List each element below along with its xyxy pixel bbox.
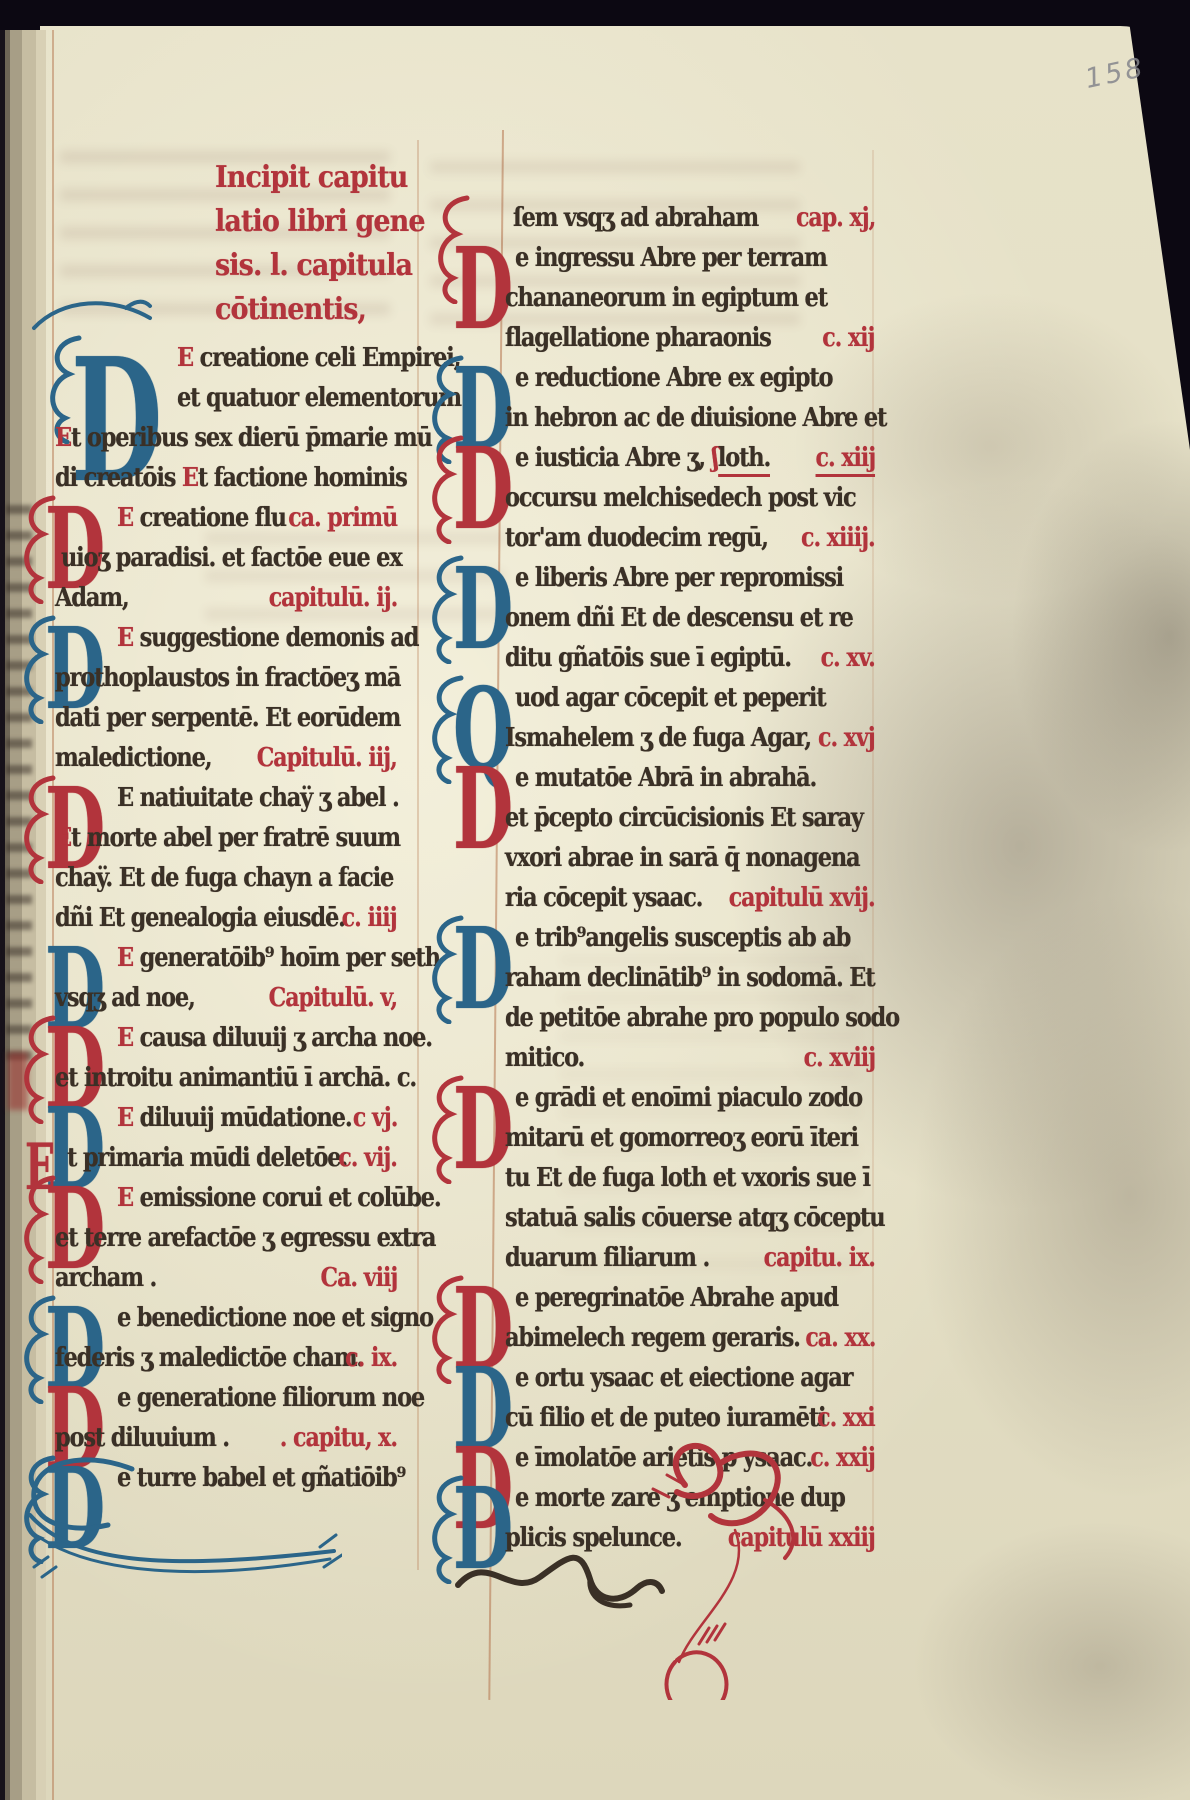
text-segment: E [117,1102,133,1133]
penwork-margin-curl [427,552,467,664]
chapter-reference: capitu. ix. [764,1238,875,1278]
text-line-right: Ismahelem ʒ de fuga Agar,c. xvj [505,718,877,758]
line-text: Ismahelem ʒ de fuga Agar, [505,718,811,758]
chapter-reference: Capitulū. iij, [257,738,397,778]
text-line-right: e grādi et enoīmi piaculo zodo [505,1078,877,1118]
text-segment: E [117,502,133,533]
text-line-right: e iusticia Abre ʒ, ʃloth.c. xiij [505,438,877,478]
text-segment: chananeorum in egiptum et [505,282,827,313]
text-segment: ʃ [712,442,718,473]
line-text: e ortu ysaac et eiectione agar [515,1358,852,1398]
chapter-reference: . capitu, x. [280,1418,397,1458]
text-segment: flagellatione pharaonis [505,322,771,353]
line-text: prothoplaustos in fractōeʒ mā [55,658,400,698]
rubric-heading-line: sis. l. capitula [215,244,412,288]
text-line-left: maledictione,Capitulū. iij, [55,738,423,778]
line-text: E creatione celi Empirei, [177,338,460,378]
text-segment: creatione celi Empirei, [193,342,460,373]
line-text: E emissione corui et colūbe. [117,1178,440,1218]
text-segment: tor'am duodecim regū, [505,522,768,553]
text-segment: e generatione filiorum noe [117,1382,424,1413]
text-segment: c. vij. [338,1143,397,1173]
text-segment: capitu. ix. [764,1243,875,1273]
line-text: et terre arefactōe ʒ egressu extra [55,1218,435,1258]
rubric-heading-line: cōtinentis, [215,288,366,332]
text-line-right: flagellatione pharaonisc. xij [505,318,877,358]
penwork-flourish-bottom-left [12,1455,342,1585]
text-segment: ca. xx. [805,1323,875,1353]
line-text: mitico. [505,1038,584,1078]
text-segment: ditu gñatōis sue ī egiptū. [505,642,791,673]
text-segment: . capitu, x. [280,1423,397,1453]
line-text: uioʒ paradisi. et factōe eue ex [61,538,402,578]
chapter-reference: c. xiij [815,438,875,478]
text-segment: tu Et de fuga loth et vxoris sue ī [505,1162,870,1193]
text-segment: e iusticia Abre ʒ, [515,442,712,473]
text-line-left: E creatione fluca. primū [55,498,423,538]
text-segment: ca. primū [288,503,397,533]
text-line-right: ſem vsqʒ ad abrahamcap. xj, [505,198,877,238]
text-segment: E [55,822,71,853]
line-text: e ingressu Abre per terram [515,238,827,278]
chapter-reference: c. xvj [818,718,875,758]
text-line-right: uod agar cōcepit et peperit [505,678,877,718]
text-segment: generatōib⁹ hoīm per seth [133,942,440,973]
text-segment: et terre arefactōe ʒ egressu extra [55,1222,435,1253]
line-text: et introitu animantiū ī archā. c. [55,1058,416,1098]
line-text: et p̄cepto circūcisionis Et saray [505,798,863,838]
text-segment: mitarū et gomorreoʒ eorū īteri [505,1122,858,1153]
text-segment: et quatuor elementorum [177,382,461,413]
text-line-left: E suggestione demonis ad [55,618,423,658]
text-segment: c vj. [352,1103,397,1133]
text-segment: dati per serpentē. Et eorūdem [55,702,400,733]
penwork-margin-curl [19,612,59,724]
line-text: flagellatione pharaonis [505,318,771,358]
text-segment: cap. xj, [796,203,875,233]
chapter-reference: c. xv. [821,638,875,678]
chapter-reference: cap. xj, [796,198,875,238]
penwork-flourish-opening-initial [26,292,156,338]
text-line-left: dñi Et genealogia eiusdē.c. iiij [55,898,423,938]
rubric-heading-line: latio libri gene [215,200,425,244]
text-segment: e mutatōe Abrā in abrahā. [515,762,816,793]
text-segment: Capitulū. iij, [257,743,397,773]
text-segment: e liberis Abre per repromissi [515,562,843,593]
text-segment: E [55,422,71,453]
text-segment: e grādi et enoīmi piaculo zodo [515,1082,862,1113]
text-segment: e reductione Abre ex egipto [515,362,832,393]
line-text: E creatione flu [117,498,286,538]
text-line-left: Adam,capitulū. ij. [55,578,423,618]
text-segment: Ismahelem ʒ de fuga Agar, [505,722,811,753]
text-line-left: di creatōis Et factione hominis [55,458,423,498]
text-segment: E [117,622,133,653]
text-line-right: raham declinātib⁹ in sodomā. Et [505,958,877,998]
text-line-left: prothoplaustos in fractōeʒ mā [55,658,423,698]
text-line-left: et quatuor elementorum [55,378,423,418]
chapter-reference: c. xviij [804,1038,875,1078]
text-line-right: chananeorum in egiptum et [505,278,877,318]
text-segment: c. xvj [818,723,875,753]
text-segment: t morte abel per fratrē suum [71,822,400,853]
text-line-left: E causa diluuij ʒ archa noe. [55,1018,423,1058]
line-text: raham declinātib⁹ in sodomā. Et [505,958,874,998]
text-segment: E [177,342,193,373]
text-line-left: e generatione filiorum noe [55,1378,423,1418]
text-line-right: e reductione Abre ex egipto [505,358,877,398]
text-segment: c. iiij [342,903,397,933]
text-segment: ria cōcepit ysaac. [505,882,702,913]
text-line-right: ditu gñatōis sue ī egiptū.c. xv. [505,638,877,678]
text-segment: e ortu ysaac et eiectione agar [515,1362,852,1393]
line-text: Et operibus sex dierū p̄marie mū [55,418,432,458]
text-line-left: dati per serpentē. Et eorūdem [55,698,423,738]
chapter-reference: ca. primū [288,498,397,538]
penwork-margin-curl [427,432,467,544]
line-text: e grādi et enoīmi piaculo zodo [515,1078,862,1118]
text-segment: emissione corui et colūbe. [133,1182,440,1213]
chapter-reference: c. xij [823,318,875,358]
penwork-margin-curl [427,912,467,1024]
line-text: tu Et de fuga loth et vxoris sue ī [505,1158,870,1198]
line-text: statuā salis cōuerse atqʒ cōceptu [505,1198,884,1238]
text-segment: uod agar cōcepit et peperit [515,682,825,713]
penwork-flourish-spelunce [452,1545,682,1615]
chapter-reference: Ca. viij [320,1258,397,1298]
text-segment: capitulū. ij. [268,583,397,613]
text-line-right: e ortu ysaac et eiectione agar [505,1358,877,1398]
text-line-right: ria cōcepit ysaac.capitulū xvij. [505,878,877,918]
text-segment: creatione flu [133,502,286,533]
text-segment: E [117,1182,133,1213]
text-segment: duarum filiarum . [505,1242,709,1273]
text-segment: t operibus sex dierū p̄marie mū [71,422,432,453]
chapter-reference: c. xxi [818,1398,875,1438]
text-segment: et p̄cepto circūcisionis Et saray [505,802,863,833]
text-segment: diluuij mūdatione. [133,1102,351,1133]
text-segment: t factione hominis [198,462,407,493]
text-line-right: e mutatōe Abrā in abrahā. [505,758,877,798]
line-text: in hebron ac de diuisione Abre et [505,398,886,438]
line-text: E natiuitate chaÿ ʒ abel . [117,778,399,818]
line-text: ditu gñatōis sue ī egiptū. [505,638,791,678]
chapter-reference: capitulū. ij. [268,578,397,618]
line-text: chaÿ. Et de fuga chayn a facie [55,858,393,898]
chapter-reference: c. vij. [338,1138,397,1178]
chapter-reference: c. xxij [811,1438,875,1478]
line-text: Et morte abel per fratrē suum [55,818,400,858]
chapter-reference: c. ix. [345,1338,397,1378]
text-segment: c. xviij [804,1043,875,1073]
line-text: abimelech regem geraris. [505,1318,800,1358]
text-segment: e ingressu Abre per terram [515,242,827,273]
text-line-left: post diluuium .. capitu, x. [55,1418,423,1458]
text-line-right: e liberis Abre per repromissi [505,558,877,598]
text-line-right: mitico.c. xviij [505,1038,877,1078]
text-segment: onem dñi Et de descensu et re [505,602,853,633]
text-segment: loth. [718,442,770,477]
text-segment: E natiuitate chaÿ ʒ abel . [117,782,399,813]
text-segment: c. xiij [815,443,875,477]
text-line-right: e trib⁹angelis susceptis ab ab [505,918,877,958]
text-line-left: vsqʒ ad noe,Capitulū. v, [55,978,423,1018]
text-segment: vxori abrae in sarā q̄ nonagena [505,842,859,873]
text-line-left: uioʒ paradisi. et factōe eue ex [55,538,423,578]
text-line-left: Et operibus sex dierū p̄marie mū [55,418,423,458]
line-text: e liberis Abre per repromissi [515,558,843,598]
text-segment: c. xv. [821,643,875,673]
penwork-margin-curl [19,772,59,884]
text-segment: E [117,942,133,973]
text-line-left: Et morte abel per fratrē suum [55,818,423,858]
rubric-heading-line: Incipit capitu [215,156,408,200]
line-text: di creatōis Et factione hominis [55,458,407,498]
text-segment: uioʒ paradisi. et factōe eue ex [61,542,402,573]
text-line-right: occursu melchisedech post vic [505,478,877,518]
penwork-margin-curl [19,1172,59,1284]
chapter-reference: c. xiiij. [801,518,875,558]
manuscript-photo: 158 Incipit capitulatio libri genesis. l… [0,0,1190,1800]
line-text: onem dñi Et de descensu et re [505,598,853,638]
text-line-right: de petitōe abrahe pro populo sodo [505,998,877,1038]
text-segment: c. xij [823,323,875,353]
line-text: E diluuij mūdatione. [117,1098,351,1138]
line-text: e trib⁹angelis susceptis ab ab [515,918,850,958]
line-text: E causa diluuij ʒ archa noe. [117,1018,432,1058]
line-text: duarum filiarum . [505,1238,709,1278]
text-line-left: E natiuitate chaÿ ʒ abel . [55,778,423,818]
penwork-margin-curl [19,492,59,604]
text-segment: mitico. [505,1042,584,1073]
text-segment: de petitōe abrahe pro populo sodo [505,1002,899,1033]
text-line-right: mitarū et gomorreoʒ eorū īteri [505,1118,877,1158]
text-line-left: federis ʒ maledictōe cham.c. ix. [55,1338,423,1378]
text-line-left: t primaria mūdi deletōe.c. vij. [55,1138,423,1178]
text-line-right: statuā salis cōuerse atqʒ cōceptu [505,1198,877,1238]
line-text: tor'am duodecim regū, [505,518,768,558]
text-line-right: in hebron ac de diuisione Abre et [505,398,877,438]
line-text: e iusticia Abre ʒ, ʃloth. [515,438,770,478]
chapter-reference: c vj. [352,1098,397,1138]
line-text: vxori abrae in sarā q̄ nonagena [505,838,859,878]
text-line-left: chaÿ. Et de fuga chayn a facie [55,858,423,898]
text-segment: statuā salis cōuerse atqʒ cōceptu [505,1202,884,1233]
text-segment: abimelech regem geraris. [505,1322,800,1353]
line-text: E suggestione demonis ad [117,618,418,658]
text-line-right: duarum filiarum .capitu. ix. [505,1238,877,1278]
text-segment: cū filio et de puteo iuramēti [505,1402,825,1433]
text-line-left: et terre arefactōe ʒ egressu extra [55,1218,423,1258]
text-segment: e peregrinatōe Abrahe apud [515,1282,838,1313]
text-segment: Ca. viij [320,1263,397,1293]
text-segment: c. xiiij. [801,523,875,553]
text-line-left: e benedictione noe et signo [55,1298,423,1338]
text-segment: occursu melchisedech post vic [505,482,856,513]
line-text: mitarū et gomorreoʒ eorū īteri [505,1118,858,1158]
text-line-right: tor'am duodecim regū,c. xiiij. [505,518,877,558]
text-line-right: onem dñi Et de descensu et re [505,598,877,638]
line-text: uod agar cōcepit et peperit [515,678,825,718]
line-text: e peregrinatōe Abrahe apud [515,1278,838,1318]
text-segment: raham declinātib⁹ in sodomā. Et [505,962,874,993]
line-text: dati per serpentē. Et eorūdem [55,698,400,738]
text-line-right: vxori abrae in sarā q̄ nonagena [505,838,877,878]
text-segment: c. xxij [811,1443,875,1473]
line-text: ſem vsqʒ ad abraham [513,198,758,238]
text-segment: E [117,1022,133,1053]
line-text: e mutatōe Abrā in abrahā. [515,758,816,798]
chapter-reference: ca. xx. [805,1318,875,1358]
text-segment: Capitulū. v, [269,983,397,1013]
line-text: ria cōcepit ysaac. [505,878,702,918]
text-line-right: et p̄cepto circūcisionis Et saray [505,798,877,838]
text-segment: chaÿ. Et de fuga chayn a facie [55,862,393,893]
text-line-right: tu Et de fuga loth et vxoris sue ī [505,1158,877,1198]
text-segment: ſem vsqʒ ad abraham [513,202,758,233]
line-text: et quatuor elementorum [177,378,461,418]
text-segment: E [182,462,198,493]
text-segment: prothoplaustos in fractōeʒ mā [55,662,400,693]
text-line-right: abimelech regem geraris.ca. xx. [505,1318,877,1358]
text-segment: c. ix. [345,1343,397,1373]
chapter-reference: Capitulū. v, [269,978,397,1018]
text-line-left: E generatōib⁹ hoīm per seth [55,938,423,978]
text-line-right: e peregrinatōe Abrahe apud [505,1278,877,1318]
chapter-reference: capitulū xvij. [729,878,875,918]
text-segment: causa diluuij ʒ archa noe. [133,1022,432,1053]
text-segment: in hebron ac de diuisione Abre et [505,402,886,433]
penwork-margin-curl [427,1072,467,1184]
text-line-left: E diluuij mūdatione.c vj. [55,1098,423,1138]
line-text: e generatione filiorum noe [117,1378,424,1418]
line-text: E generatōib⁹ hoīm per seth [117,938,440,978]
text-line-right: e ingressu Abre per terram [505,238,877,278]
text-line-left: E emissione corui et colūbe. [55,1178,423,1218]
line-text: t primaria mūdi deletōe. [67,1138,347,1178]
text-segment: suggestione demonis ad [133,622,418,653]
text-line-left: et introitu animantiū ī archā. c. [55,1058,423,1098]
text-segment: e trib⁹angelis susceptis ab ab [515,922,850,953]
text-segment: c. xxi [818,1403,875,1433]
text-line-left: archam .Ca. viij [55,1258,423,1298]
text-segment: et introitu animantiū ī archā. c. [55,1062,416,1093]
text-segment: capitulū xvij. [729,883,875,913]
text-segment: t primaria mūdi deletōe. [67,1142,347,1173]
line-text: e reductione Abre ex egipto [515,358,832,398]
line-text: chananeorum in egiptum et [505,278,827,318]
line-text: occursu melchisedech post vic [505,478,856,518]
line-text: de petitōe abrahe pro populo sodo [505,998,899,1038]
line-text: e benedictione noe et signo [117,1298,433,1338]
chapter-reference: c. iiij [342,898,397,938]
text-segment: e benedictione noe et signo [117,1302,433,1333]
